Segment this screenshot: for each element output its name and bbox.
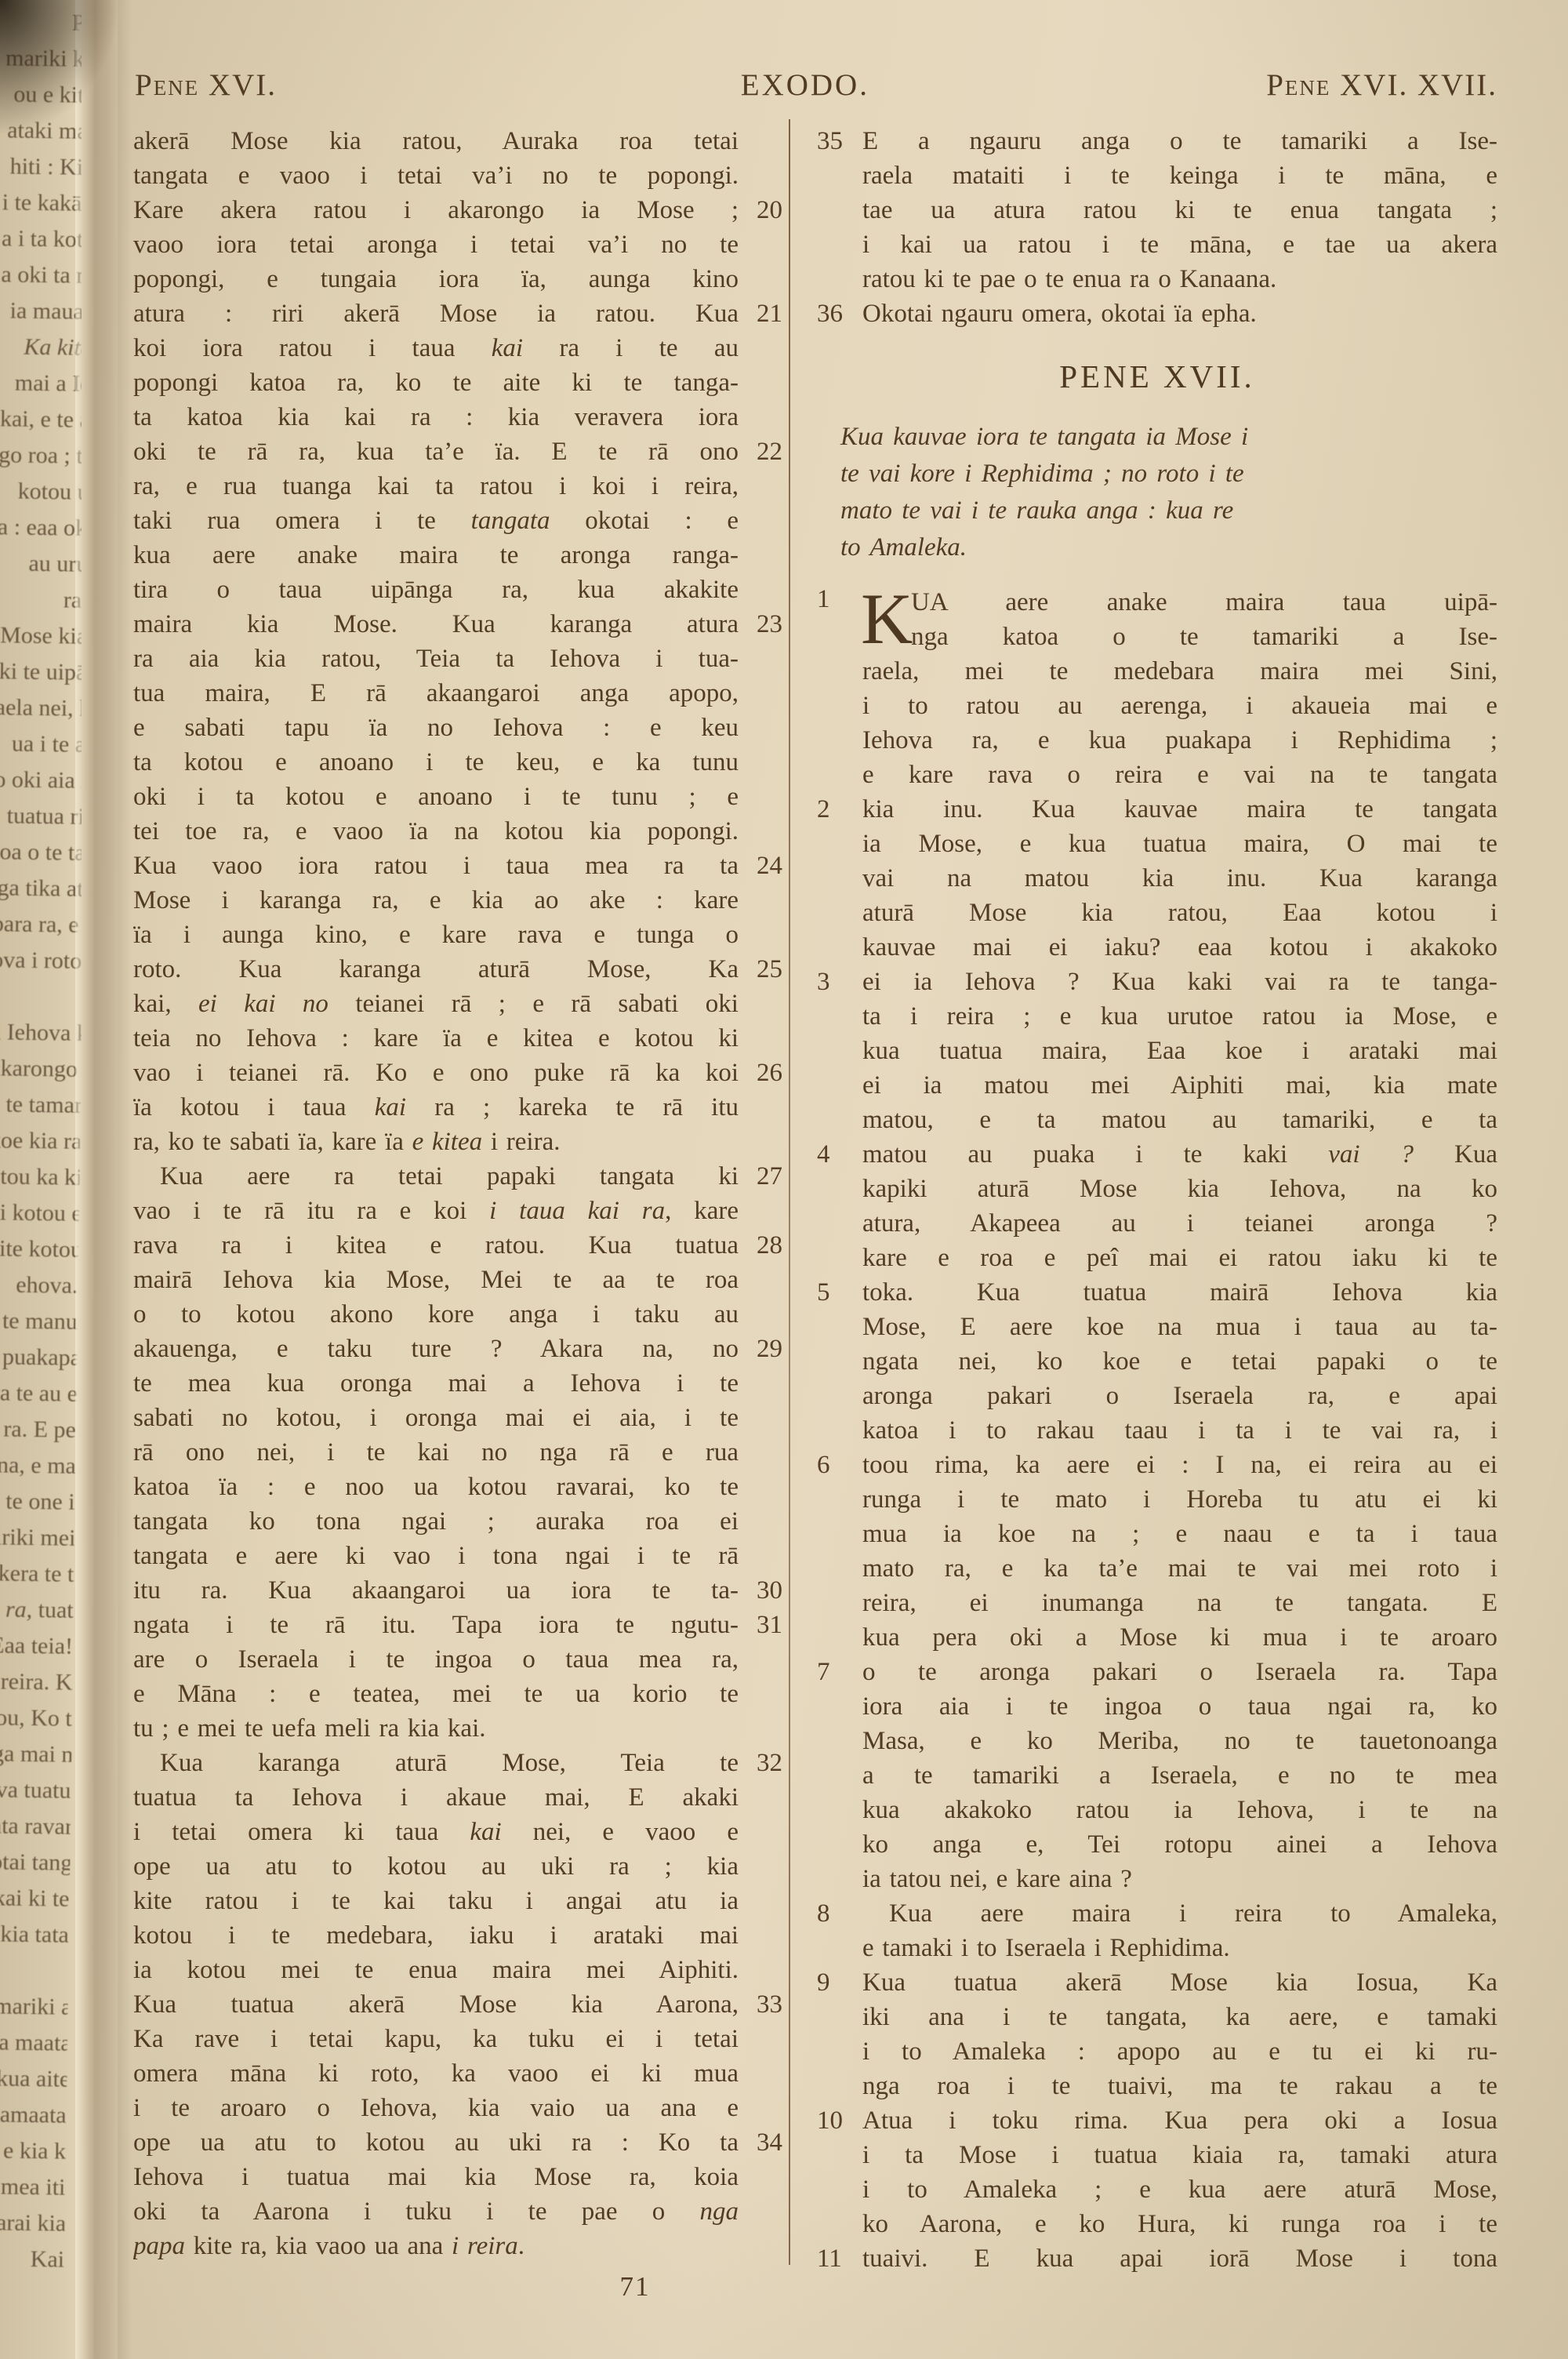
verse-number bbox=[817, 1310, 861, 1344]
verse-text: mato ra, e ka ta’e mai te vai mei roto i bbox=[862, 1551, 1497, 1586]
verse-text: i kai ua ratou i te māna, e tae ua akera bbox=[862, 227, 1497, 262]
verse-text: maira kia Mose. Kua karanga atura bbox=[133, 607, 739, 642]
previous-page-text-fragments: Pamariki kaou e kiteataki maihiti : Kiai… bbox=[0, 4, 82, 2277]
verse-number bbox=[817, 1862, 861, 1896]
verse-number bbox=[817, 827, 861, 861]
verse-text: ïa i aunga kino, e kare rava e tunga o bbox=[133, 918, 739, 952]
gutter-text-fragment: nga mai n bbox=[0, 1736, 71, 1773]
gutter-text-fragment: ova tuatu bbox=[0, 1772, 71, 1809]
verse-text: oki te rā ra, kua ta’e ïa. E te rā ono bbox=[133, 434, 739, 469]
verse-number bbox=[739, 1642, 782, 1677]
verse-text: UA aere anake maira taua uipā- bbox=[911, 585, 1497, 620]
text-line: Kare akera ratou i akarongo ia Mose ;20 bbox=[133, 193, 782, 227]
gutter-text-fragment: ikai ki te bbox=[0, 1880, 70, 1917]
text-line: Kua karanga aturā Mose, Teia te32 bbox=[133, 1746, 782, 1780]
verse-number bbox=[739, 227, 782, 262]
text-line: Kua vaoo iora ratou i taua mea ra ta24 bbox=[133, 849, 782, 883]
verse-text: ratou ki te pae o te enua ra o Kanaana. bbox=[862, 262, 1497, 296]
verse-number bbox=[739, 642, 782, 676]
verse-text: ra aia kia ratou, Teia ta Iehova i tua- bbox=[133, 642, 739, 676]
verse-text: tu ; e mei te uefa meli ra kia kai. bbox=[133, 1711, 739, 1746]
text-line: ngata nei, ko koe e tetai papaki o te bbox=[817, 1344, 1497, 1379]
text-line: raela mataiti i te keinga i te māna, e bbox=[817, 158, 1497, 193]
text-line: tu ; e mei te uefa meli ra kia kai. bbox=[133, 1711, 782, 1746]
text-line: 5toka. Kua tuatua mairā Iehova kia bbox=[817, 1275, 1497, 1310]
verse-text: tuatua ta Iehova i akaue mai, E akaki bbox=[133, 1780, 739, 1815]
verse-text: ei ia matou mei Aiphiti mai, kia mate bbox=[862, 1068, 1497, 1103]
gutter-text-fragment: reira. K bbox=[0, 1663, 73, 1701]
verse-text: teia no Iehova : kare ïa e kitea e kotou… bbox=[133, 1021, 739, 1056]
verse-text: ta kotou e anoano i te keu, e ka tunu bbox=[133, 745, 739, 780]
verse-text: koi iora ratou i taua kai ra i te au bbox=[133, 331, 739, 365]
verse-text: kauvae mai ei iaku? eaa kotou i akakoko bbox=[862, 930, 1497, 965]
gutter-text-fragment: ra. bbox=[0, 581, 82, 619]
text-line: ïa i aunga kino, e kare rava e tunga o bbox=[133, 918, 782, 952]
verse-text: o to kotou akono kore anga i taku au bbox=[133, 1297, 739, 1332]
binding-corner-shadow bbox=[0, 0, 118, 133]
verse-text: ïa kotou i taua kai ra ; kareka te rā it… bbox=[133, 1090, 739, 1125]
verse-number bbox=[739, 503, 782, 538]
gutter-text-fragment: akamaata bbox=[0, 2096, 67, 2134]
verse-number bbox=[739, 1849, 782, 1884]
verse-text: omera māna ki roto, ka vaoo ei ki mua bbox=[133, 2056, 739, 2091]
verse-text: ra, ko te sabati ïa, kare ïa e kitea i r… bbox=[133, 1125, 739, 1159]
verse-number bbox=[739, 1021, 782, 1056]
text-line: atura, Akapeea au i teianei aronga ? bbox=[817, 1206, 1497, 1241]
chapter-summary-line: Kua kauvae iora te tangata ia Mose i bbox=[840, 419, 1493, 456]
verse-number: 22 bbox=[739, 434, 782, 469]
text-line: 3ei ia Iehova ? Kua kaki vai ra te tanga… bbox=[817, 965, 1497, 999]
dropcap-lines: UA aere anake maira taua uipā-nga katoa … bbox=[911, 585, 1497, 654]
gutter-text-fragment: toa o te ta bbox=[0, 834, 82, 871]
verse-number bbox=[817, 1931, 861, 1965]
verse-text: oki i ta kotou e anoano i te tunu ; e bbox=[133, 780, 739, 814]
gutter-text-fragment: mai a Ie bbox=[0, 365, 82, 402]
verse-number bbox=[739, 469, 782, 503]
verse-number bbox=[739, 400, 782, 434]
gutter-text-fragment: a : eaa oki bbox=[0, 509, 82, 547]
verse-text: tae ua atura ratou ki te enua tangata ; bbox=[862, 193, 1497, 227]
text-line: kauvae mai ei iaku? eaa kotou i akakoko bbox=[817, 930, 1497, 965]
verse-text: e Māna : e teatea, mei te ua korio te bbox=[133, 1677, 739, 1711]
text-line: Ka rave i tetai kapu, ka tuku ei i tetai bbox=[133, 2022, 782, 2056]
gutter-text-fragment: gi kotou e bbox=[0, 1194, 79, 1232]
text-line: papa kite ra, kia vaoo ua ana i reira. bbox=[133, 2229, 782, 2263]
verse-number bbox=[739, 1780, 782, 1815]
text-line: e kare rava o reira e vai na te tangata bbox=[817, 758, 1497, 792]
verse-number bbox=[739, 2160, 782, 2194]
gutter-text-fragment bbox=[0, 978, 82, 1016]
gutter-text-fragment: a te tamari bbox=[0, 1086, 81, 1124]
verse-number: 8 bbox=[817, 1896, 861, 1931]
verse-number bbox=[817, 1379, 861, 1413]
verse-number: 25 bbox=[739, 952, 782, 987]
verse-text: toka. Kua tuatua mairā Iehova kia bbox=[862, 1275, 1497, 1310]
text-line: i ta Mose i tuatua kiaia ra, tamaki atur… bbox=[817, 2138, 1497, 2172]
gutter-text-fragment: ua i te a bbox=[0, 725, 82, 763]
verse-text: ko Aarona, e ko Hura, ki runga roa i te bbox=[862, 2207, 1497, 2241]
verse-number bbox=[739, 1297, 782, 1332]
verse-text: ope ua atu to kotou au uki ra : Ko ta bbox=[133, 2125, 739, 2160]
book-scan-page: { "header": { "left": "Pene XVI.", "cent… bbox=[0, 0, 1568, 2359]
text-line: 7o te aronga pakari o Iseraela ra. Tapa bbox=[817, 1655, 1497, 1689]
text-line: vai na matou kia inu. Kua karanga bbox=[817, 861, 1497, 896]
verse-number bbox=[739, 1263, 782, 1297]
verse-number bbox=[817, 1724, 861, 1758]
gutter-text-fragment: Kai bbox=[0, 2241, 64, 2278]
verse-number bbox=[817, 1241, 861, 1275]
verse-text: ia Mose, e kua tuatua maira, O mai te bbox=[862, 827, 1497, 861]
verse-number bbox=[817, 689, 861, 723]
verse-number bbox=[739, 676, 782, 711]
verse-number bbox=[817, 2069, 861, 2103]
verse-number bbox=[817, 2138, 861, 2172]
verse-text: kua pera oki a Mose ki mua i te aroaro bbox=[862, 1620, 1497, 1655]
verse-number bbox=[739, 711, 782, 745]
text-line: roto. Kua karanga aturā Mose, Ka25 bbox=[133, 952, 782, 987]
gutter-text-fragment: i te kakā o bbox=[2, 184, 82, 222]
verse-number: 24 bbox=[739, 849, 782, 883]
gutter-text-fragment: a ra, tuat bbox=[0, 1591, 74, 1629]
verse-number bbox=[739, 2194, 782, 2229]
gutter-text-fragment: ā Iehova ki bbox=[0, 1014, 82, 1052]
gutter-text-fragment: au uru bbox=[0, 545, 82, 583]
verse-number bbox=[817, 1793, 861, 1827]
verse-number bbox=[739, 1401, 782, 1435]
verse-number bbox=[817, 1586, 861, 1620]
verse-text: kua aere anake maira te aronga ranga- bbox=[133, 538, 739, 572]
chapter-summary: Kua kauvae iora te tangata ia Mose ite v… bbox=[840, 419, 1493, 566]
text-line: 6toou rima, ka aere ei : I na, ei reira … bbox=[817, 1448, 1497, 1482]
text-line: ta i reira ; e kua urutoe ratou ia Mose,… bbox=[817, 999, 1497, 1034]
gutter-text-fragment: koe kia ra bbox=[0, 1122, 80, 1160]
text-line: i to Amaleka ; e kua aere aturā Mose, bbox=[817, 2172, 1497, 2207]
verse-text: ngata i te rā itu. Tapa iora te ngutu- bbox=[133, 1608, 739, 1642]
text-line: Masa, e ko Meriba, no te tauetonoanga bbox=[817, 1724, 1497, 1758]
dropcap-verse-block: 1KUA aere anake maira taua uipā-nga kato… bbox=[817, 585, 1497, 654]
verse-text: reira, ei inumanga na te tangata. E bbox=[862, 1586, 1497, 1620]
verse-text: Okotai ngauru omera, okotai ïa epha. bbox=[862, 296, 1497, 331]
text-line: tangata e vaoo i tetai va’i no te popong… bbox=[133, 158, 782, 193]
gutter-text-fragment: akarongo a bbox=[0, 1050, 82, 1088]
verse-text: a te tamariki a Iseraela, e no te mea bbox=[862, 1758, 1497, 1793]
text-line: matou, e ta matou au tamariki, e ta bbox=[817, 1103, 1497, 1137]
text-columns: akerā Mose kia ratou, Auraka roa tetaita… bbox=[133, 124, 1497, 2276]
text-line: 11tuaivi. E kua apai iorā Mose i tona bbox=[817, 2241, 1497, 2276]
text-line: kapiki aturā Mose kia Iehova, na ko bbox=[817, 1172, 1497, 1206]
verse-text: ra, e rua tuanga kai ta ratou i koi i re… bbox=[133, 469, 739, 503]
text-line: ope ua atu to kotou au uki ra : Ko ta34 bbox=[133, 2125, 782, 2160]
text-line: teia no Iehova : kare ïa e kitea e kotou… bbox=[133, 1021, 782, 1056]
verse-text: rā ono nei, i te kai no nga rā e rua bbox=[133, 1435, 739, 1470]
running-head-right: Pene XVI. XVII. bbox=[1266, 67, 1497, 103]
verse-number: 7 bbox=[817, 1655, 861, 1689]
verse-number bbox=[817, 262, 861, 296]
text-line: are o Iseraela i te ingoa o taua mea ra, bbox=[133, 1642, 782, 1677]
verse-number bbox=[817, 1206, 861, 1241]
chapter-heading: PENE XVII. bbox=[817, 358, 1497, 395]
gutter-text-fragment: ira te au e bbox=[0, 1375, 77, 1412]
verse-number bbox=[817, 896, 861, 930]
verse-number bbox=[817, 193, 861, 227]
gutter-text-fragment: tuatua ri bbox=[0, 798, 82, 835]
text-line: tira o taua uipānga ra, kua akakite bbox=[133, 572, 782, 607]
verse-text: ta katoa kia kai ra : kia veravera iora bbox=[133, 400, 739, 434]
book-gutter: Pamariki kaou e kiteataki maihiti : Kiai… bbox=[0, 0, 118, 2359]
verse-text: kua akakoko ratou ia Iehova, i te na bbox=[862, 1793, 1497, 1827]
verse-number bbox=[739, 1194, 782, 1228]
verse-text: Atua i toku rima. Kua pera oki a Iosua bbox=[862, 2103, 1497, 2138]
verse-text: nga katoa o te tamariki a Ise- bbox=[911, 620, 1497, 654]
verse-number bbox=[739, 2022, 782, 2056]
verse-number bbox=[817, 1517, 861, 1551]
text-line: e Māna : e teatea, mei te ua korio te bbox=[133, 1677, 782, 1711]
text-line: ra, ko te sabati ïa, kare ïa e kitea i r… bbox=[133, 1125, 782, 1159]
text-line: iora aia i te ingoa o taua ngai ra, ko bbox=[817, 1689, 1497, 1724]
verse-text: katoa i to rakau taau i ta i te vai ra, … bbox=[862, 1413, 1497, 1448]
verse-number bbox=[817, 158, 861, 193]
verse-number bbox=[817, 227, 861, 262]
text-line: raela, mei te medebara maira mei Sini, bbox=[817, 654, 1497, 689]
verse-text: ko anga e, Tei rotopu ainei a Iehova bbox=[862, 1827, 1497, 1862]
text-line: ta katoa kia kai ra : kia veravera iora bbox=[133, 400, 782, 434]
text-line: popongi katoa ra, ko te aite ki te tanga… bbox=[133, 365, 782, 400]
verse-text: sabati no kotou, i oronga mai ei aia, i … bbox=[133, 1401, 739, 1435]
text-line: oki te rā ra, kua ta’e ïa. E te rā ono22 bbox=[133, 434, 782, 469]
text-line: aronga pakari o Iseraela ra, e apai bbox=[817, 1379, 1497, 1413]
verse-text: kua tuatua maira, Eaa koe i arataki mai bbox=[862, 1034, 1497, 1068]
verse-number bbox=[739, 262, 782, 296]
running-head-left: Pene XVI. bbox=[135, 67, 277, 103]
verse-text: i to ratou au aerenga, i akaueia mai e bbox=[862, 689, 1497, 723]
verse-number: 4 bbox=[817, 1137, 861, 1172]
gutter-text-fragment: hiti : Kia bbox=[2, 148, 82, 186]
verse-number bbox=[739, 1090, 782, 1125]
text-line: ope ua atu to kotou au uki ra ; kia bbox=[133, 1849, 782, 1884]
verse-number bbox=[739, 1677, 782, 1711]
text-line: koi iora ratou i taua kai ra i te au bbox=[133, 331, 782, 365]
text-line: tangata e aere ki vao i tona ngai i te r… bbox=[133, 1539, 782, 1573]
verse-number bbox=[739, 331, 782, 365]
verse-text: tangata e aere ki vao i tona ngai i te r… bbox=[133, 1539, 739, 1573]
text-line: Iehova ra, e kua puakapa i Rephidima ; bbox=[817, 723, 1497, 758]
verse-text: iora aia i te ingoa o taua ngai ra, ko bbox=[862, 1689, 1497, 1724]
gutter-text-fragment: o oki aia i bbox=[0, 761, 82, 799]
text-line: mato ra, e ka ta’e mai te vai mei roto i bbox=[817, 1551, 1497, 1586]
verse-text: raela, mei te medebara maira mei Sini, bbox=[862, 654, 1497, 689]
gutter-text-fragment: a i ta koto bbox=[2, 220, 82, 258]
verse-text: ia tatou nei, e kare aina ? bbox=[862, 1862, 1497, 1896]
verse-number bbox=[739, 1366, 782, 1401]
verse-text: rava ra i kitea e ratou. Kua tuatua bbox=[133, 1228, 739, 1263]
verse-number bbox=[739, 572, 782, 607]
text-line: aturā Mose kia ratou, Eaa kotou i bbox=[817, 896, 1497, 930]
verse-number bbox=[817, 1482, 861, 1517]
verse-text: kare e roa e peî mai ei ratou iaku ki te bbox=[862, 1241, 1497, 1275]
text-line: omera māna ki roto, ka vaoo ei ki mua bbox=[133, 2056, 782, 2091]
text-line: e tamaki i to Iseraela i Rephidima. bbox=[817, 1931, 1497, 1965]
verse-number bbox=[817, 930, 861, 965]
gutter-text-fragment: avarai kia bbox=[0, 2205, 65, 2242]
verse-number bbox=[739, 745, 782, 780]
verse-text: vao i teianei rā. Ko e ono puke rā ka ko… bbox=[133, 1056, 739, 1090]
gutter-text-fragment: kiriki mei t bbox=[0, 1519, 74, 1557]
gutter-text-fragment: kotai tang bbox=[0, 1844, 70, 1881]
text-line: kite ratou i te kai taku i angai atu ia bbox=[133, 1884, 782, 1918]
verse-text: i ta Mose i tuatua kiaia ra, tamaki atur… bbox=[862, 2138, 1497, 2172]
gutter-text-fragment: ou, Ko t bbox=[0, 1699, 72, 1737]
verse-number: 29 bbox=[739, 1332, 782, 1366]
text-line: 8Kua aere maira i reira to Amaleka, bbox=[817, 1896, 1497, 1931]
gutter-text-fragment: kera te t bbox=[0, 1555, 74, 1593]
running-head: Pene XVI. EXODO. Pene XVI. XVII. bbox=[133, 67, 1497, 110]
verse-number bbox=[739, 1884, 782, 1918]
verse-number bbox=[817, 1827, 861, 1862]
verse-text: Kua aere ra tetai papaki tangata ki bbox=[133, 1159, 739, 1194]
verse-number bbox=[739, 1504, 782, 1539]
verse-number bbox=[817, 1689, 861, 1724]
verse-text: i tetai omera ki taua kai nei, e vaoo e bbox=[133, 1815, 739, 1849]
text-line: i to ratou au aerenga, i akaueia mai e bbox=[817, 689, 1497, 723]
verse-text: oki ta Aarona i tuku i te pae o nga bbox=[133, 2194, 739, 2229]
gutter-text-fragment: Mose kia bbox=[0, 617, 82, 655]
gutter-text-fragment: kai, e te a bbox=[0, 401, 82, 438]
verse-text: tangata ko tona ngai ; auraka roa ei bbox=[133, 1504, 739, 1539]
verse-number: 35 bbox=[817, 124, 861, 158]
verse-number bbox=[739, 1539, 782, 1573]
text-line: oki i ta kotou e anoano i te tunu ; e bbox=[133, 780, 782, 814]
drop-cap-letter: K bbox=[861, 585, 911, 654]
text-line: mairā Iehova kia Mose, Mei te aa te roa bbox=[133, 1263, 782, 1297]
verse-text: Kare akera ratou i akarongo ia Mose ; bbox=[133, 193, 739, 227]
text-line: kua pera oki a Mose ki mua i te aroaro bbox=[817, 1620, 1497, 1655]
verse-number bbox=[739, 883, 782, 918]
gutter-text-fragment: ova i roto i bbox=[0, 942, 82, 980]
verse-text: akerā Mose kia ratou, Auraka roa tetai bbox=[133, 124, 739, 158]
gutter-text-fragment: kotou u bbox=[0, 473, 82, 511]
verse-number bbox=[739, 918, 782, 952]
text-line: i tetai omera ki taua kai nei, e vaoo e bbox=[133, 1815, 782, 1849]
chapter-summary-line: te vai kore i Rephidima ; no roto i te bbox=[840, 456, 1493, 493]
verse-text: vaoo iora tetai aronga i tetai va’i no t… bbox=[133, 227, 739, 262]
verse-text: mua ia koe na ; e naau e ta i taua bbox=[862, 1517, 1497, 1551]
verse-text: taki rua omera i te tangata okotai : e bbox=[133, 503, 739, 538]
verse-number bbox=[817, 1413, 861, 1448]
verse-text: atura : riri akerā Mose ia ratou. Kua bbox=[133, 296, 739, 331]
verse-number bbox=[817, 654, 861, 689]
verse-text: itu ra. Kua akaangaroi ua iora te ta- bbox=[133, 1573, 739, 1608]
text-line: 4matou au puaka i te kaki vai ? Kua bbox=[817, 1137, 1497, 1172]
verse-number: 5 bbox=[817, 1275, 861, 1310]
gutter-text-fragment: ehova. bbox=[0, 1267, 78, 1304]
verse-number: 20 bbox=[739, 193, 782, 227]
verse-number bbox=[739, 158, 782, 193]
verse-number bbox=[817, 2000, 861, 2034]
text-line: taki rua omera i te tangata okotai : e bbox=[133, 503, 782, 538]
verse-text: ope ua atu to kotou au uki ra ; kia bbox=[133, 1849, 739, 1884]
text-line: ratou ki te pae o te enua ra o Kanaana. bbox=[817, 262, 1497, 296]
verse-number bbox=[739, 1815, 782, 1849]
verse-text: aronga pakari o Iseraela ra, e apai bbox=[862, 1379, 1497, 1413]
verse-text: Kua tuatua akerā Mose kia Iosua, Ka bbox=[862, 1965, 1497, 2000]
verse-number: 21 bbox=[739, 296, 782, 331]
page-number: 71 bbox=[557, 2271, 713, 2303]
gutter-text-fragment: ga tika at bbox=[0, 870, 82, 907]
verse-text: tei toe ra, e vaoo ïa na kotou kia popon… bbox=[133, 814, 739, 849]
verse-number bbox=[817, 2034, 861, 2069]
verse-text: ngata nei, ko koe e tetai papaki o te bbox=[862, 1344, 1497, 1379]
text-line: Iehova i tuatua mai kia Mose ra, koia bbox=[133, 2160, 782, 2194]
verse-number: 30 bbox=[739, 1573, 782, 1608]
verse-number bbox=[739, 1435, 782, 1470]
verse-text: iki ana i te tangata, ka aere, e tamaki bbox=[862, 2000, 1497, 2034]
verse-text: matou au puaka i te kaki vai ? Kua bbox=[862, 1137, 1497, 1172]
verse-text: Kua vaoo iora ratou i taua mea ra ta bbox=[133, 849, 739, 883]
verse-text: tuaivi. E kua apai iorā Mose i tona bbox=[862, 2241, 1497, 2276]
verse-number bbox=[817, 999, 861, 1034]
verse-text: Kua karanga aturā Mose, Teia te bbox=[133, 1746, 739, 1780]
verse-number: 26 bbox=[739, 1056, 782, 1090]
verse-number: 33 bbox=[739, 1987, 782, 2022]
text-line: ra aia kia ratou, Teia ta Iehova i tua- bbox=[133, 642, 782, 676]
verse-text: nga roa i te tuaivi, ma te rakau a te bbox=[862, 2069, 1497, 2103]
text-line: kare e roa e peî mai ei ratou iaku ki te bbox=[817, 1241, 1497, 1275]
verse-text: toou rima, ka aere ei : I na, ei reira a… bbox=[862, 1448, 1497, 1482]
verse-text: i to Amaleka : apopo au e tu ei ki ru- bbox=[862, 2034, 1497, 2069]
gutter-text-fragment bbox=[0, 1952, 69, 1990]
gutter-text-fragment: kite kotou bbox=[0, 1230, 78, 1268]
text-line: nga roa i te tuaivi, ma te rakau a te bbox=[817, 2069, 1497, 2103]
verse-text: o te aronga pakari o Iseraela ra. Tapa bbox=[862, 1655, 1497, 1689]
verse-number: 10 bbox=[817, 2103, 861, 2138]
verse-number bbox=[817, 861, 861, 896]
verse-text: Mose, E aere koe na mua i taua au ta- bbox=[862, 1310, 1497, 1344]
verse-number: 31 bbox=[739, 1608, 782, 1642]
verse-number bbox=[817, 1172, 861, 1206]
verse-text: vai na matou kia inu. Kua karanga bbox=[862, 861, 1497, 896]
verse-text: matou, e ta matou au tamariki, e ta bbox=[862, 1103, 1497, 1137]
scanned-page: Pene XVI. EXODO. Pene XVI. XVII. akerā M… bbox=[118, 0, 1568, 2359]
verse-number: 32 bbox=[739, 1746, 782, 1780]
text-line: ia tatou nei, e kare aina ? bbox=[817, 1862, 1497, 1896]
text-line: Mose, E aere koe na mua i taua au ta- bbox=[817, 1310, 1497, 1344]
text-line: rava ra i kitea e ratou. Kua tuatua28 bbox=[133, 1228, 782, 1263]
verse-number: 28 bbox=[739, 1228, 782, 1263]
verse-text: are o Iseraela i te ingoa o taua mea ra, bbox=[133, 1642, 739, 1677]
gutter-text-fragment: go roa ; te bbox=[0, 437, 82, 474]
text-line: e sabati tapu ïa no Iehova : e keu bbox=[133, 711, 782, 745]
verse-number bbox=[739, 2229, 782, 2263]
text-line: kua tuatua maira, Eaa koe i arataki mai bbox=[817, 1034, 1497, 1068]
text-line: tei toe ra, e vaoo ïa na kotou kia popon… bbox=[133, 814, 782, 849]
chapter-summary-line: to Amaleka. bbox=[840, 529, 1493, 566]
text-line: 35E a ngauru anga o te tamariki a Ise- bbox=[817, 124, 1497, 158]
verse-text: runga i te mato i Horeba tu atu ei ki bbox=[862, 1482, 1497, 1517]
verse-text: kai, ei kai no teianei rā ; e rā sabati … bbox=[133, 987, 739, 1021]
gutter-text-fragment: hea maata bbox=[0, 2024, 67, 2062]
text-line: 36Okotai ngauru omera, okotai ïa epha. bbox=[817, 296, 1497, 331]
verse-text: e sabati tapu ïa no Iehova : e keu bbox=[133, 711, 739, 745]
text-line: tua maira, E rā akaangaroi anga apopo, bbox=[133, 676, 782, 711]
gutter-text-fragment: i te one i bbox=[0, 1483, 75, 1521]
verse-number: 2 bbox=[817, 792, 861, 827]
gutter-text-fragment: a oki ta m bbox=[1, 256, 82, 294]
text-line: vaoo iora tetai aronga i tetai va’i no t… bbox=[133, 227, 782, 262]
gutter-text-fragment: gata ravar bbox=[0, 1808, 71, 1845]
verse-text: Masa, e ko Meriba, no te tauetonoanga bbox=[862, 1724, 1497, 1758]
verse-text: ei ia Iehova ? Kua kaki vai ra te tanga- bbox=[862, 965, 1497, 999]
verse-text: Kua aere maira i reira to Amaleka, bbox=[862, 1896, 1497, 1931]
